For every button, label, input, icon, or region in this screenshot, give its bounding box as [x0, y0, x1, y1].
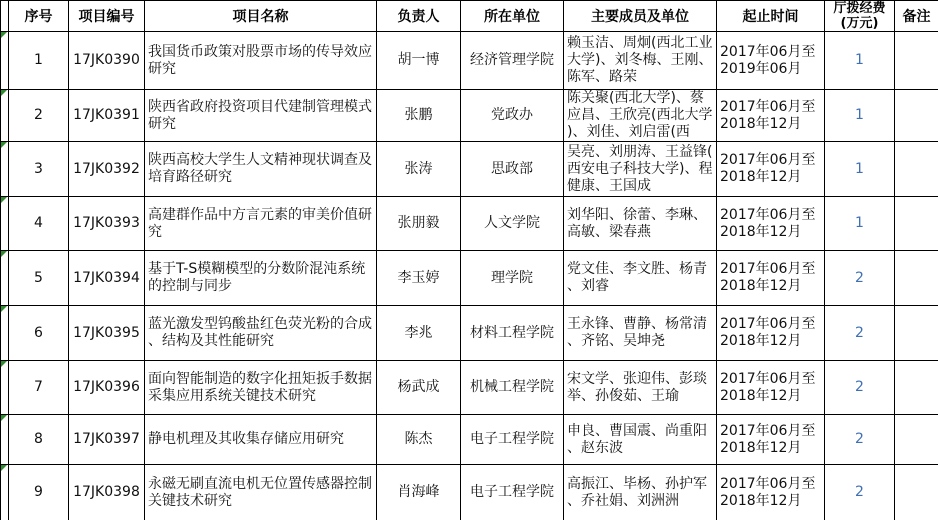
cell-serial-number[interactable]: 5	[9, 251, 69, 306]
cell-members[interactable]: 申良、曹国震、尚重阳、赵东波	[564, 415, 717, 465]
cell-note[interactable]	[895, 415, 938, 465]
row-indicator-cell[interactable]	[1, 465, 9, 520]
cell-project-code[interactable]: 17JK0391	[69, 90, 145, 142]
cell-members[interactable]: 赖玉洁、周炯(西北工业大学)、刘冬梅、王刚、陈军、路荣	[564, 32, 717, 90]
cell-unit[interactable]: 机械工程学院	[461, 361, 564, 415]
cell-note[interactable]	[895, 197, 938, 251]
error-triangle-icon	[1, 465, 7, 471]
cell-period[interactable]: 2017年06月至2018年12月	[717, 197, 825, 251]
cell-serial-number[interactable]: 1	[9, 32, 69, 90]
cell-project-code[interactable]: 17JK0394	[69, 251, 145, 306]
cell-serial-number[interactable]: 8	[9, 415, 69, 465]
cell-unit[interactable]: 经济管理学院	[461, 32, 564, 90]
cell-project-code[interactable]: 17JK0393	[69, 197, 145, 251]
cell-project-code[interactable]: 17JK0398	[69, 465, 145, 520]
cell-leader[interactable]: 胡一博	[377, 32, 461, 90]
cell-note[interactable]	[895, 465, 938, 520]
cell-note[interactable]	[895, 32, 938, 90]
header-fund[interactable]: 厅拨经费 (万元)	[825, 1, 895, 32]
cell-serial-number[interactable]: 2	[9, 90, 69, 142]
table-row: 8 17JK0397 静电机理及其收集存储应用研究 陈杰 电子工程学院 申良、曹…	[1, 415, 938, 465]
cell-unit[interactable]: 材料工程学院	[461, 306, 564, 361]
cell-period[interactable]: 2017年06月至2018年12月	[717, 415, 825, 465]
cell-period[interactable]: 2017年06月至2018年12月	[717, 142, 825, 197]
header-members[interactable]: 主要成员及单位	[564, 1, 717, 32]
cell-leader[interactable]: 陈杰	[377, 415, 461, 465]
error-triangle-icon	[1, 361, 7, 367]
cell-period[interactable]: 2017年06月至2018年12月	[717, 306, 825, 361]
row-indicator-cell[interactable]	[1, 197, 9, 251]
cell-leader[interactable]: 李玉婷	[377, 251, 461, 306]
table-row: 5 17JK0394 基于T-S模糊模型的分数阶混沌系统的控制与同步 李玉婷 理…	[1, 251, 938, 306]
error-triangle-icon	[1, 142, 7, 148]
row-indicator-cell[interactable]	[1, 306, 9, 361]
error-triangle-icon	[1, 32, 7, 38]
cell-unit[interactable]: 电子工程学院	[461, 465, 564, 520]
cell-project-code[interactable]: 17JK0390	[69, 32, 145, 90]
cell-note[interactable]	[895, 90, 938, 142]
cell-note[interactable]	[895, 142, 938, 197]
cell-project-title[interactable]: 我国货币政策对股票市场的传导效应研究	[145, 32, 377, 90]
table-row: 1 17JK0390 我国货币政策对股票市场的传导效应研究 胡一博 经济管理学院…	[1, 32, 938, 90]
row-indicator-cell[interactable]	[1, 415, 9, 465]
header-leader[interactable]: 负责人	[377, 1, 461, 32]
error-triangle-icon	[1, 90, 7, 96]
cell-fund[interactable]: 1	[825, 142, 895, 197]
cell-period[interactable]: 2017年06月至2018年12月	[717, 251, 825, 306]
cell-fund[interactable]: 1	[825, 32, 895, 90]
cell-period[interactable]: 2017年06月至2018年12月	[717, 361, 825, 415]
cell-serial-number[interactable]: 7	[9, 361, 69, 415]
cell-project-title[interactable]: 蓝光激发型钨酸盐红色荧光粉的合成、结构及其性能研究	[145, 306, 377, 361]
cell-unit[interactable]: 电子工程学院	[461, 415, 564, 465]
cell-fund[interactable]: 1	[825, 90, 895, 142]
cell-members[interactable]: 王永锋、曹静、杨常清、齐铭、吴坤尧	[564, 306, 717, 361]
cell-leader[interactable]: 张朋毅	[377, 197, 461, 251]
cell-serial-number[interactable]: 4	[9, 197, 69, 251]
cell-project-title[interactable]: 永磁无刷直流电机无位置传感器控制关键技术研究	[145, 465, 377, 520]
cell-leader[interactable]: 张涛	[377, 142, 461, 197]
cell-period[interactable]: 2017年06月至2019年06月	[717, 32, 825, 90]
cell-fund[interactable]: 1	[825, 197, 895, 251]
cell-unit[interactable]: 思政部	[461, 142, 564, 197]
cell-fund[interactable]: 2	[825, 415, 895, 465]
cell-project-title[interactable]: 面向智能制造的数字化扭矩扳手数据采集应用系统关键技术研究	[145, 361, 377, 415]
header-row: 序号 项目编号 项目名称 负责人 所在单位 主要成员及单位 起止时间 厅拨经费 …	[1, 1, 938, 32]
table-row: 3 17JK0392 陕西高校大学生人文精神现状调查及培育路径研究 张涛 思政部…	[1, 142, 938, 197]
cell-members[interactable]: 高振江、毕杨、孙护军、乔社娟、刘洲洲	[564, 465, 717, 520]
cell-project-code[interactable]: 17JK0396	[69, 361, 145, 415]
cell-project-title[interactable]: 高建群作品中方言元素的审美价值研究	[145, 197, 377, 251]
cell-fund[interactable]: 2	[825, 465, 895, 520]
cell-project-code[interactable]: 17JK0392	[69, 142, 145, 197]
cell-unit[interactable]: 理学院	[461, 251, 564, 306]
cell-unit[interactable]: 人文学院	[461, 197, 564, 251]
cell-members[interactable]: 宋文学、张迎伟、彭琰举、孙俊茹、王瑜	[564, 361, 717, 415]
cell-serial-number[interactable]: 3	[9, 142, 69, 197]
cell-fund[interactable]: 2	[825, 306, 895, 361]
cell-serial-number[interactable]: 9	[9, 465, 69, 520]
cell-members[interactable]: 刘华阳、徐蕾、李琳、高敏、梁春燕	[564, 197, 717, 251]
table-row: 9 17JK0398 永磁无刷直流电机无位置传感器控制关键技术研究 肖海峰 电子…	[1, 465, 938, 520]
cell-note[interactable]	[895, 361, 938, 415]
row-indicator-cell[interactable]	[1, 142, 9, 197]
table-row: 4 17JK0393 高建群作品中方言元素的审美价值研究 张朋毅 人文学院 刘华…	[1, 197, 938, 251]
row-indicator-cell[interactable]	[1, 361, 9, 415]
header-period[interactable]: 起止时间	[717, 1, 825, 32]
row-indicator-header-cell[interactable]	[1, 1, 9, 32]
cell-project-code[interactable]: 17JK0397	[69, 415, 145, 465]
cell-unit[interactable]: 党政办	[461, 90, 564, 142]
table-row: 6 17JK0395 蓝光激发型钨酸盐红色荧光粉的合成、结构及其性能研究 李兆 …	[1, 306, 938, 361]
cell-period[interactable]: 2017年06月至2018年12月	[717, 465, 825, 520]
row-indicator-cell[interactable]	[1, 90, 9, 142]
header-title[interactable]: 项目名称	[145, 1, 377, 32]
cell-project-title[interactable]: 基于T-S模糊模型的分数阶混沌系统的控制与同步	[145, 251, 377, 306]
cell-members[interactable]: 陈关聚(西北大学)、蔡应昌、王欣亮(西北大学)、刘佳、刘启雷(西	[564, 90, 717, 142]
cell-members[interactable]: 党文佳、李文胜、杨青、刘睿	[564, 251, 717, 306]
cell-leader[interactable]: 肖海峰	[377, 465, 461, 520]
error-triangle-icon	[1, 197, 7, 203]
table-row: 2 17JK0391 陕西省政府投资项目代建制管理模式研究 张鹏 党政办 陈关聚…	[1, 90, 938, 142]
header-no[interactable]: 序号	[9, 1, 69, 32]
cell-fund[interactable]: 2	[825, 251, 895, 306]
cell-leader[interactable]: 李兆	[377, 306, 461, 361]
table-body: 1 17JK0390 我国货币政策对股票市场的传导效应研究 胡一博 经济管理学院…	[1, 32, 938, 520]
table-row: 7 17JK0396 面向智能制造的数字化扭矩扳手数据采集应用系统关键技术研究 …	[1, 361, 938, 415]
cell-note[interactable]	[895, 306, 938, 361]
cell-fund[interactable]: 2	[825, 361, 895, 415]
row-indicator-cell[interactable]	[1, 32, 9, 90]
cell-members[interactable]: 吴亮、刘朋涛、王益锋(西安电子科技大学)、程健康、王国成	[564, 142, 717, 197]
error-triangle-icon	[1, 306, 7, 312]
header-code[interactable]: 项目编号	[69, 1, 145, 32]
cell-leader[interactable]: 杨武成	[377, 361, 461, 415]
cell-note[interactable]	[895, 251, 938, 306]
cell-project-title[interactable]: 陕西高校大学生人文精神现状调查及培育路径研究	[145, 142, 377, 197]
projects-table: 序号 项目编号 项目名称 负责人 所在单位 主要成员及单位 起止时间 厅拨经费 …	[0, 0, 938, 520]
header-unit[interactable]: 所在单位	[461, 1, 564, 32]
cell-project-title[interactable]: 静电机理及其收集存储应用研究	[145, 415, 377, 465]
cell-project-code[interactable]: 17JK0395	[69, 306, 145, 361]
header-note[interactable]: 备注	[895, 1, 938, 32]
error-triangle-icon	[1, 251, 7, 257]
row-indicator-cell[interactable]	[1, 251, 9, 306]
cell-project-title[interactable]: 陕西省政府投资项目代建制管理模式研究	[145, 90, 377, 142]
cell-period[interactable]: 2017年06月至2018年12月	[717, 90, 825, 142]
error-triangle-icon	[1, 415, 7, 421]
cell-serial-number[interactable]: 6	[9, 306, 69, 361]
cell-leader[interactable]: 张鹏	[377, 90, 461, 142]
